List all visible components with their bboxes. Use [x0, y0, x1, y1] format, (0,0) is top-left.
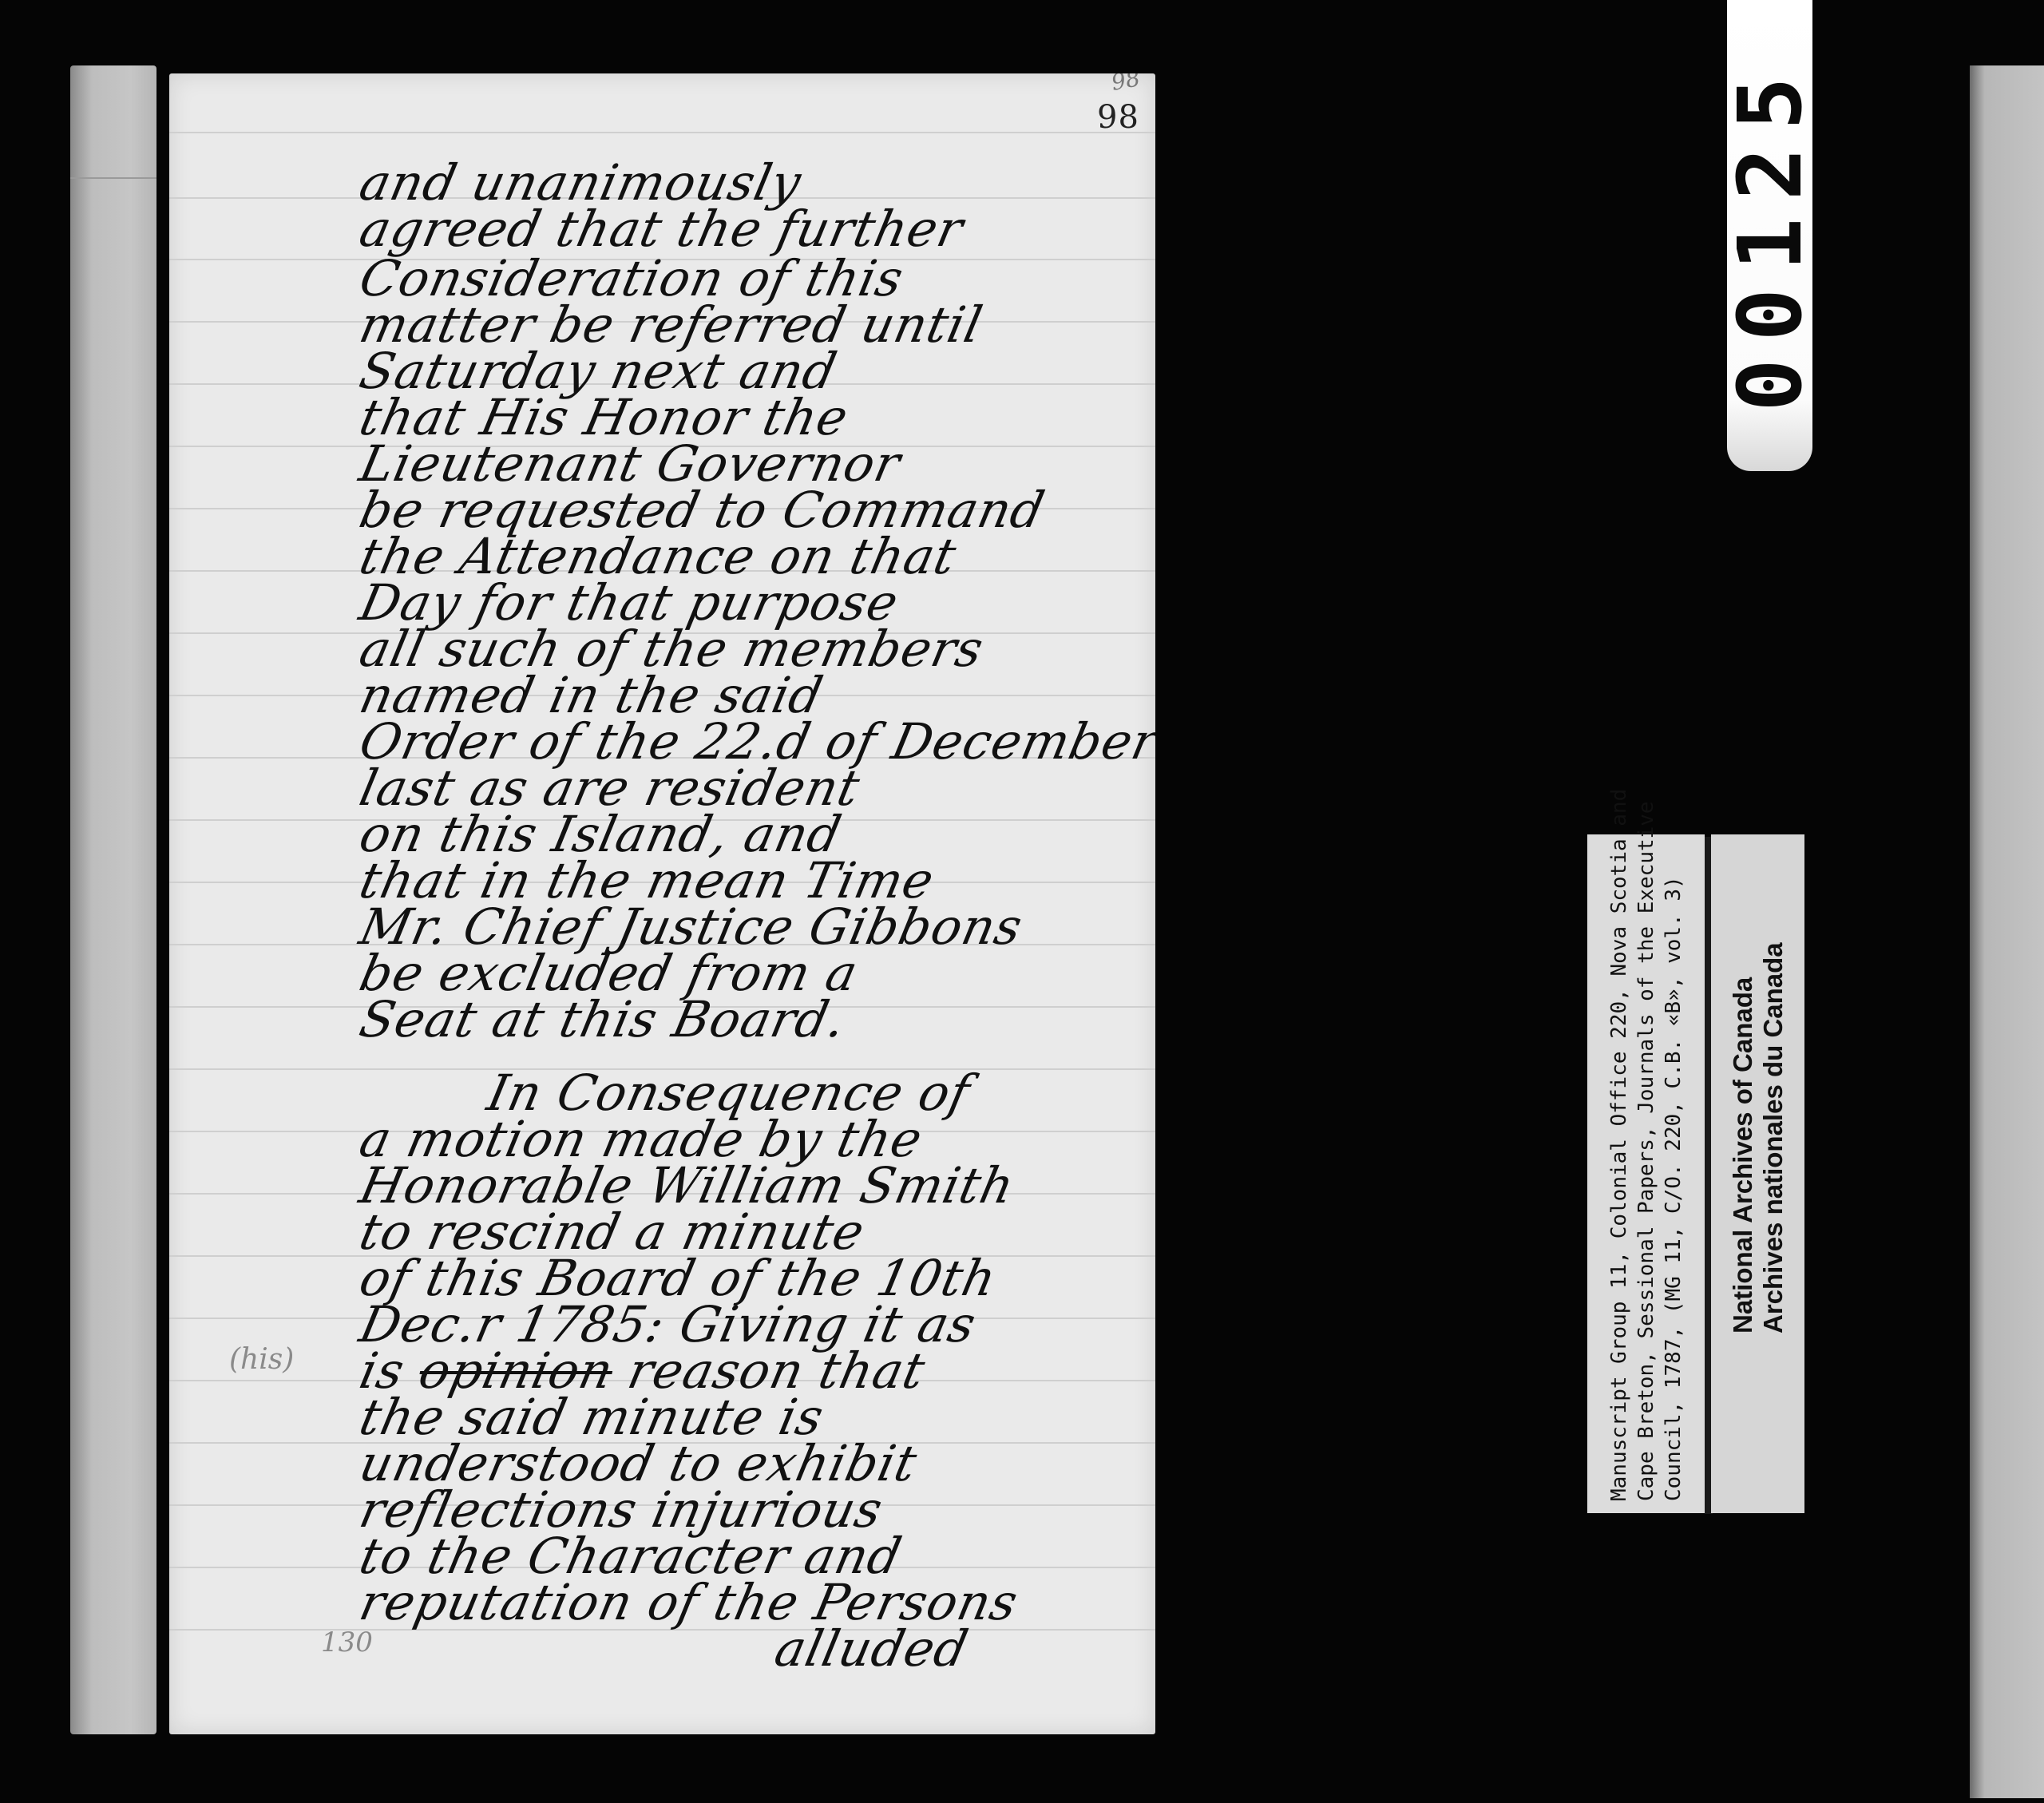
archive-label: National Archives of Canada Archives nat… — [1711, 834, 1804, 1513]
manuscript-page: 98 98 and unanimously agreed that the fu… — [169, 73, 1155, 1734]
margin-note-his: (his) — [229, 1343, 294, 1376]
margin-folio-number: 130 — [321, 1627, 373, 1658]
text-line: alluded — [770, 1619, 973, 1678]
citation-label: Manuscript Group 11, Colonial Office 220… — [1587, 834, 1705, 1513]
archive-name-fr: Archives nationales du Canada — [1758, 870, 1788, 1333]
frame-number: 00125 — [1719, 59, 1821, 411]
adjacent-page-right — [1970, 65, 2044, 1798]
citation-line: Council, 1787, (MG 11, C/O. 220, C.B. «B… — [1660, 846, 1687, 1501]
citation-line: Manuscript Group 11, Colonial Office 220… — [1606, 846, 1633, 1501]
page-number: 98 — [1097, 99, 1139, 136]
pencil-page-number: 98 — [1109, 73, 1142, 96]
text-line: Seat at this Board. — [355, 990, 851, 1048]
adjacent-page-left — [70, 65, 156, 1734]
frame-counter-tab: 00125 — [1727, 0, 1812, 471]
citation-line: Cape Breton, Sessional Papers, Journals … — [1633, 846, 1660, 1501]
archive-name-en: National Archives of Canada — [1728, 870, 1758, 1333]
